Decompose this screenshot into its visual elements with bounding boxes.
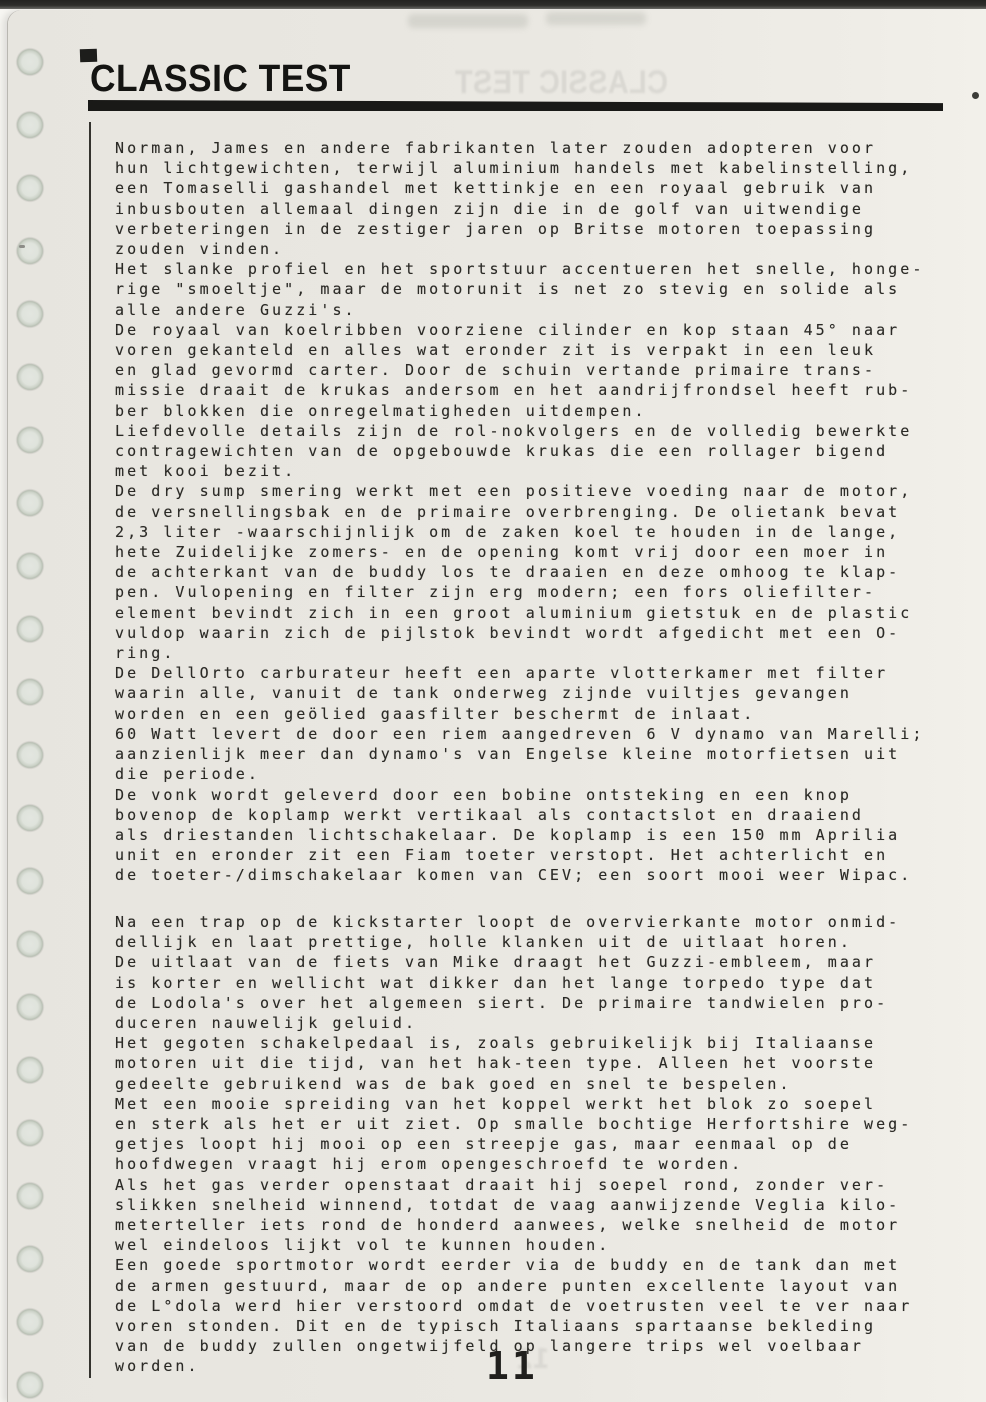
scanner-edge bbox=[0, 0, 986, 9]
bleedthrough-smudge bbox=[546, 12, 646, 25]
text-column-left-rule bbox=[89, 122, 91, 1378]
ink-speck bbox=[972, 92, 979, 99]
article-text-block-2: Na een trap op de kickstarter loopt de o… bbox=[115, 912, 955, 1377]
page-number: 11 bbox=[486, 1346, 538, 1386]
ink-speck bbox=[19, 245, 25, 248]
bleedthrough-header-text: CLASSIC TEST bbox=[455, 64, 668, 101]
ink-speck bbox=[80, 49, 97, 63]
page-title: CLASSIC TEST bbox=[90, 60, 351, 98]
article-text-block-1: Norman, James en andere fabrikanten late… bbox=[115, 138, 955, 886]
binder-holes bbox=[0, 31, 62, 1402]
bleedthrough-smudge bbox=[408, 14, 528, 28]
